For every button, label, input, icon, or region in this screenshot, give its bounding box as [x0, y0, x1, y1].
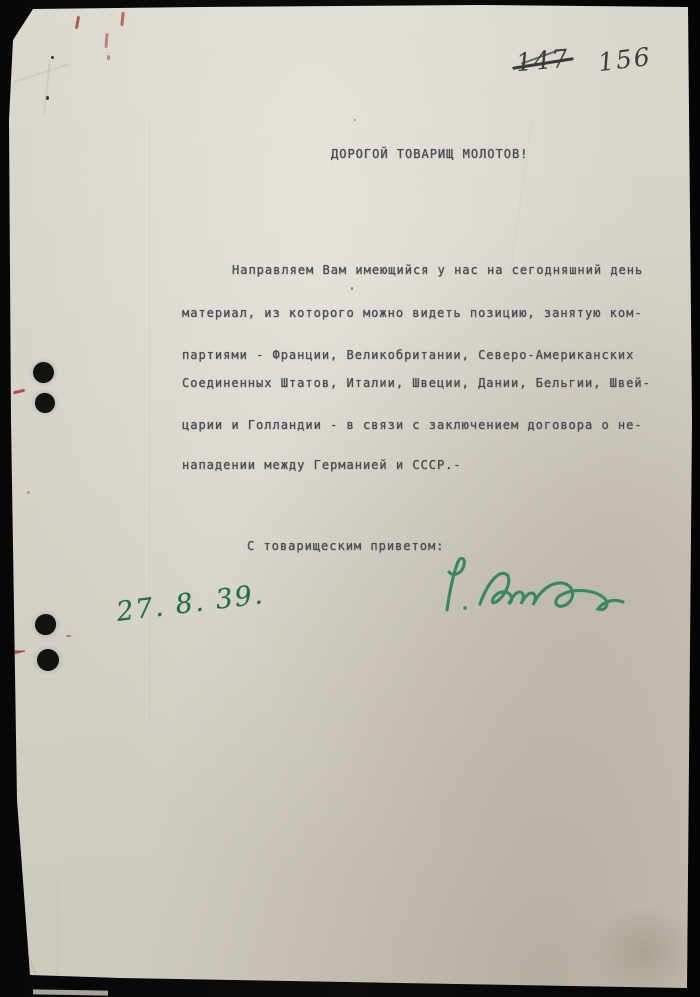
red-pencil-mark	[107, 55, 110, 60]
punch-hole	[35, 614, 56, 635]
paper-crease	[149, 120, 150, 720]
handwritten-date: 27. 8. 39.	[115, 579, 266, 628]
red-pencil-mark	[8, 649, 25, 655]
ink-speck	[46, 96, 49, 100]
paper-crease	[0, 889, 42, 985]
paper-crease	[13, 63, 71, 83]
red-pencil-mark	[27, 491, 30, 494]
underlying-page-edge	[33, 989, 108, 995]
red-pencil-mark	[13, 389, 25, 395]
body-line: партиями - Франции, Великобритании, Севе…	[182, 348, 634, 362]
paper-crease	[43, 60, 51, 115]
punch-hole	[33, 391, 56, 414]
signature-dimitrov-green-ink	[430, 550, 645, 632]
document-page: 147 156 ДОРОГОЙ ТОВАРИЩ МОЛОТОВ! Направл…	[0, 0, 700, 997]
red-pencil-mark	[75, 16, 80, 29]
body-line: нападении между Германией и СССР.-	[182, 458, 462, 472]
body-line: Направляем Вам имеющийся у нас на сегодн…	[182, 263, 643, 277]
paper-crease	[57, 880, 58, 990]
closing-line: С товарищеским приветом:	[247, 539, 444, 553]
page-number-current: 156	[596, 42, 653, 77]
punch-hole	[37, 649, 59, 671]
scan-background: 147 156 ДОРОГОЙ ТОВАРИЩ МОЛОТОВ! Направл…	[0, 0, 700, 997]
body-line: царии и Голландии - в связи с заключение…	[182, 418, 643, 432]
punch-hole	[33, 362, 54, 383]
letter-body: Направляем Вам имеющийся у нас на сегодн…	[182, 263, 672, 478]
body-line: материал, из которого можно видеть позиц…	[182, 306, 643, 320]
paper-stain	[590, 905, 700, 997]
body-line: Соединенных Штатов, Италии, Швеции, Дани…	[182, 376, 651, 390]
ink-speck	[354, 119, 356, 121]
red-pencil-mark	[120, 12, 124, 26]
red-pencil-mark	[66, 635, 71, 637]
paper-crease	[509, 121, 532, 280]
salutation-line: ДОРОГОЙ ТОВАРИЩ МОЛОТОВ!	[331, 147, 528, 161]
ink-speck	[51, 56, 54, 59]
red-pencil-mark	[104, 33, 108, 48]
